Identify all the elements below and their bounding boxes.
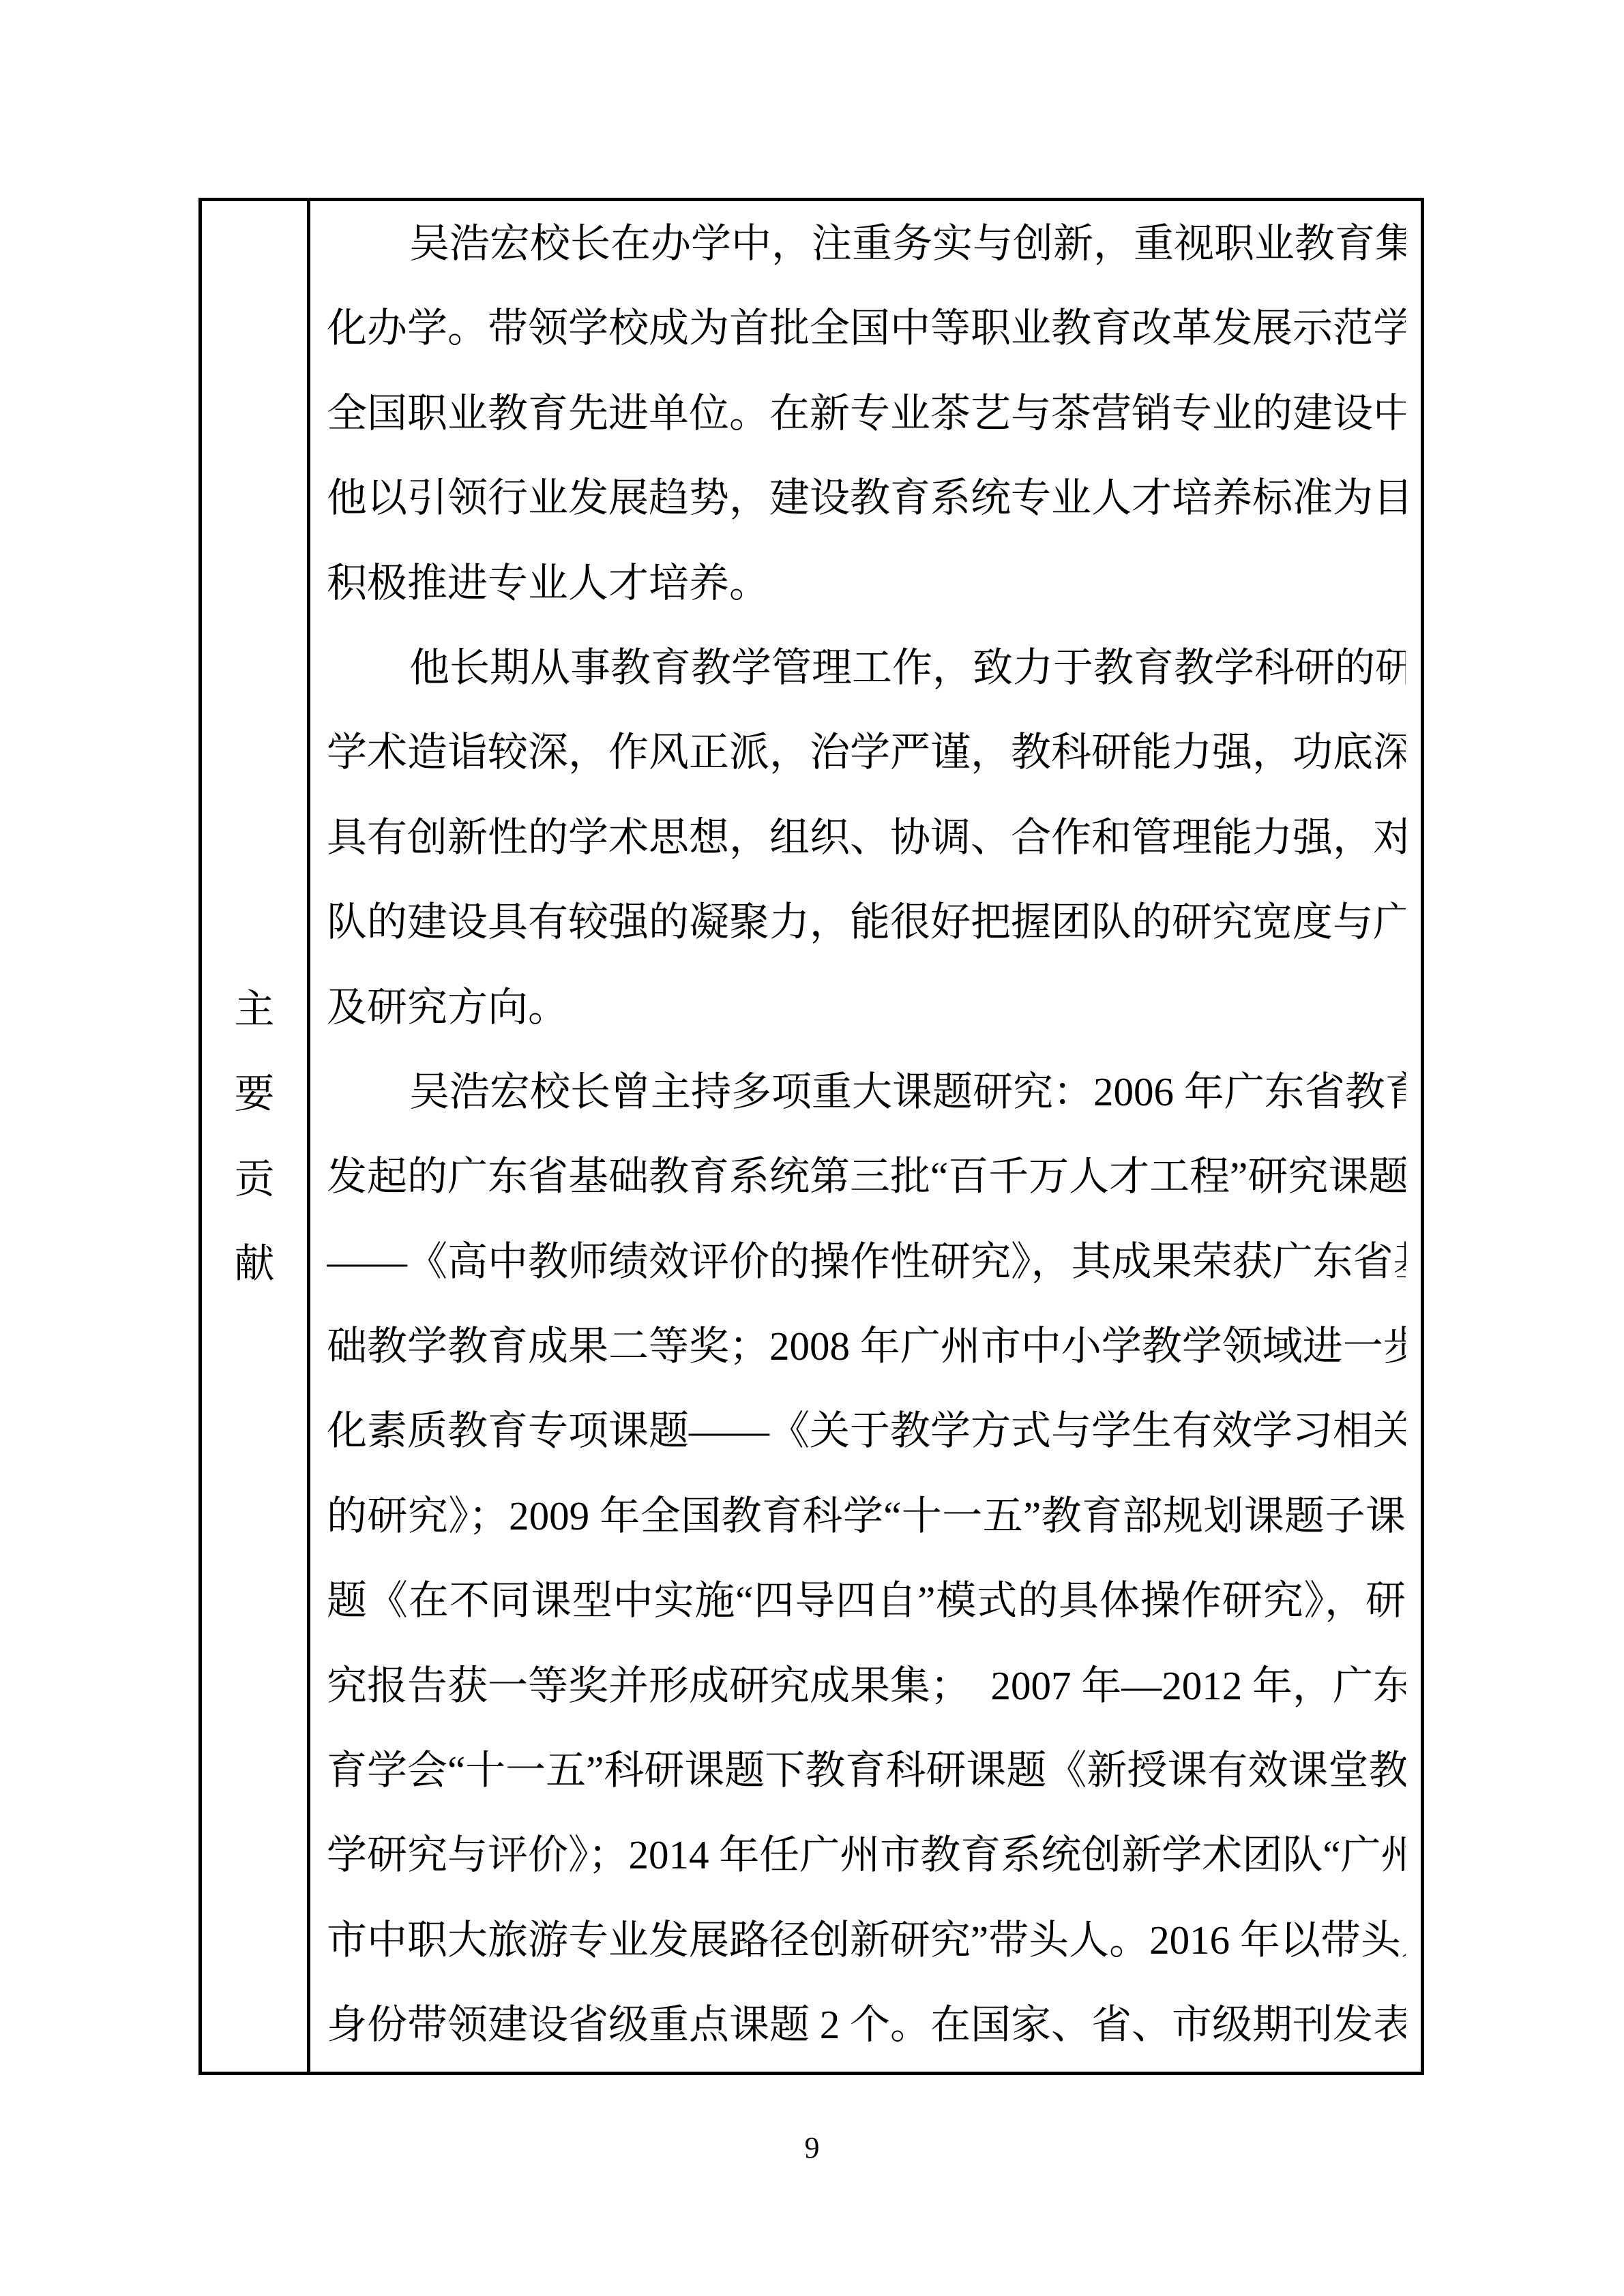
paragraph: 吴浩宏校长在办学中，注重务实与创新，重视职业教育集团化办学。带领学校成为首批全国… [327,201,1406,625]
text-line: 学术造诣较深，作风正派，治学严谨，教科研能力强，功底深厚， [327,710,1406,794]
row-label-main-contributions: 主 要 贡 献 [202,201,310,2072]
row-label-char: 主 [234,967,274,1052]
text-line: 及研究方向。 [327,965,1406,1049]
row-label-char: 献 [234,1221,274,1306]
text-line: 发起的广东省基础教育系统第三批“百千万人才工程”研究课题 [327,1134,1406,1219]
text-line: 学研究与评价》；2014 年任广州市教育系统创新学术团队“广州 [327,1813,1406,1897]
row-label-char: 要 [234,1052,274,1136]
text-line: 的研究》；2009 年全国教育科学“十一五”教育部规划课题子课 [327,1474,1406,1558]
text-line: 究报告获一等奖并形成研究成果集； 2007 年—2012 年，广东教 [327,1643,1406,1728]
document-page: { "page": { "number": "9" }, "table": { … [0,0,1624,2296]
text-line: 身份带领建设省级重点课题 2 个。在国家、省、市级期刊发表论 [327,1982,1406,2067]
paragraph: 吴浩宏校长曾主持多项重大课题研究：2006 年广东省教育厅发起的广东省基础教育系… [327,1049,1406,2068]
contributions-table: 主 要 贡 献 吴浩宏校长在办学中，注重务实与创新，重视职业教育集团化办学。带领… [198,198,1424,2075]
text-line: 他长期从事教育教学管理工作，致力于教育教学科研的研究， [327,625,1406,710]
text-line: ——《高中教师绩效评价的操作性研究》，其成果荣获广东省基 [327,1219,1406,1304]
text-line: 市中职大旅游专业发展路径创新研究”带头人。2016 年以带头人 [327,1898,1406,1982]
text-line: 具有创新性的学术思想，组织、协调、合作和管理能力强，对团 [327,795,1406,880]
text-line: 积极推进专业人才培养。 [327,541,1406,625]
text-line: 队的建设具有较强的凝聚力，能很好把握团队的研究宽度与广度 [327,880,1406,964]
page-number: 9 [0,2126,1624,2170]
text-line: 化素质教育专项课题——《关于教学方式与学生有效学习相关性 [327,1388,1406,1473]
text-line: 全国职业教育先进单位。在新专业茶艺与茶营销专业的建设中， [327,371,1406,456]
content-cell: 吴浩宏校长在办学中，注重务实与创新，重视职业教育集团化办学。带领学校成为首批全国… [310,201,1421,2072]
text-line: 题《在不同课型中实施“四导四自”模式的具体操作研究》，研 [327,1558,1406,1643]
text-line: 础教学教育成果二等奖；2008 年广州市中小学教学领域进一步深 [327,1304,1406,1388]
text-line: 他以引领行业发展趋势，建设教育系统专业人才培养标准为目标， [327,456,1406,540]
row-label-char: 贡 [234,1137,274,1221]
text-line: 吴浩宏校长在办学中，注重务实与创新，重视职业教育集团 [327,201,1406,286]
text-line: 育学会“十一五”科研课题下教育科研课题《新授课有效课堂教 [327,1728,1406,1813]
text-line: 化办学。带领学校成为首批全国中等职业教育改革发展示范学校、 [327,286,1406,370]
text-line: 吴浩宏校长曾主持多项重大课题研究：2006 年广东省教育厅 [327,1049,1406,1134]
paragraph: 他长期从事教育教学管理工作，致力于教育教学科研的研究，学术造诣较深，作风正派，治… [327,625,1406,1049]
